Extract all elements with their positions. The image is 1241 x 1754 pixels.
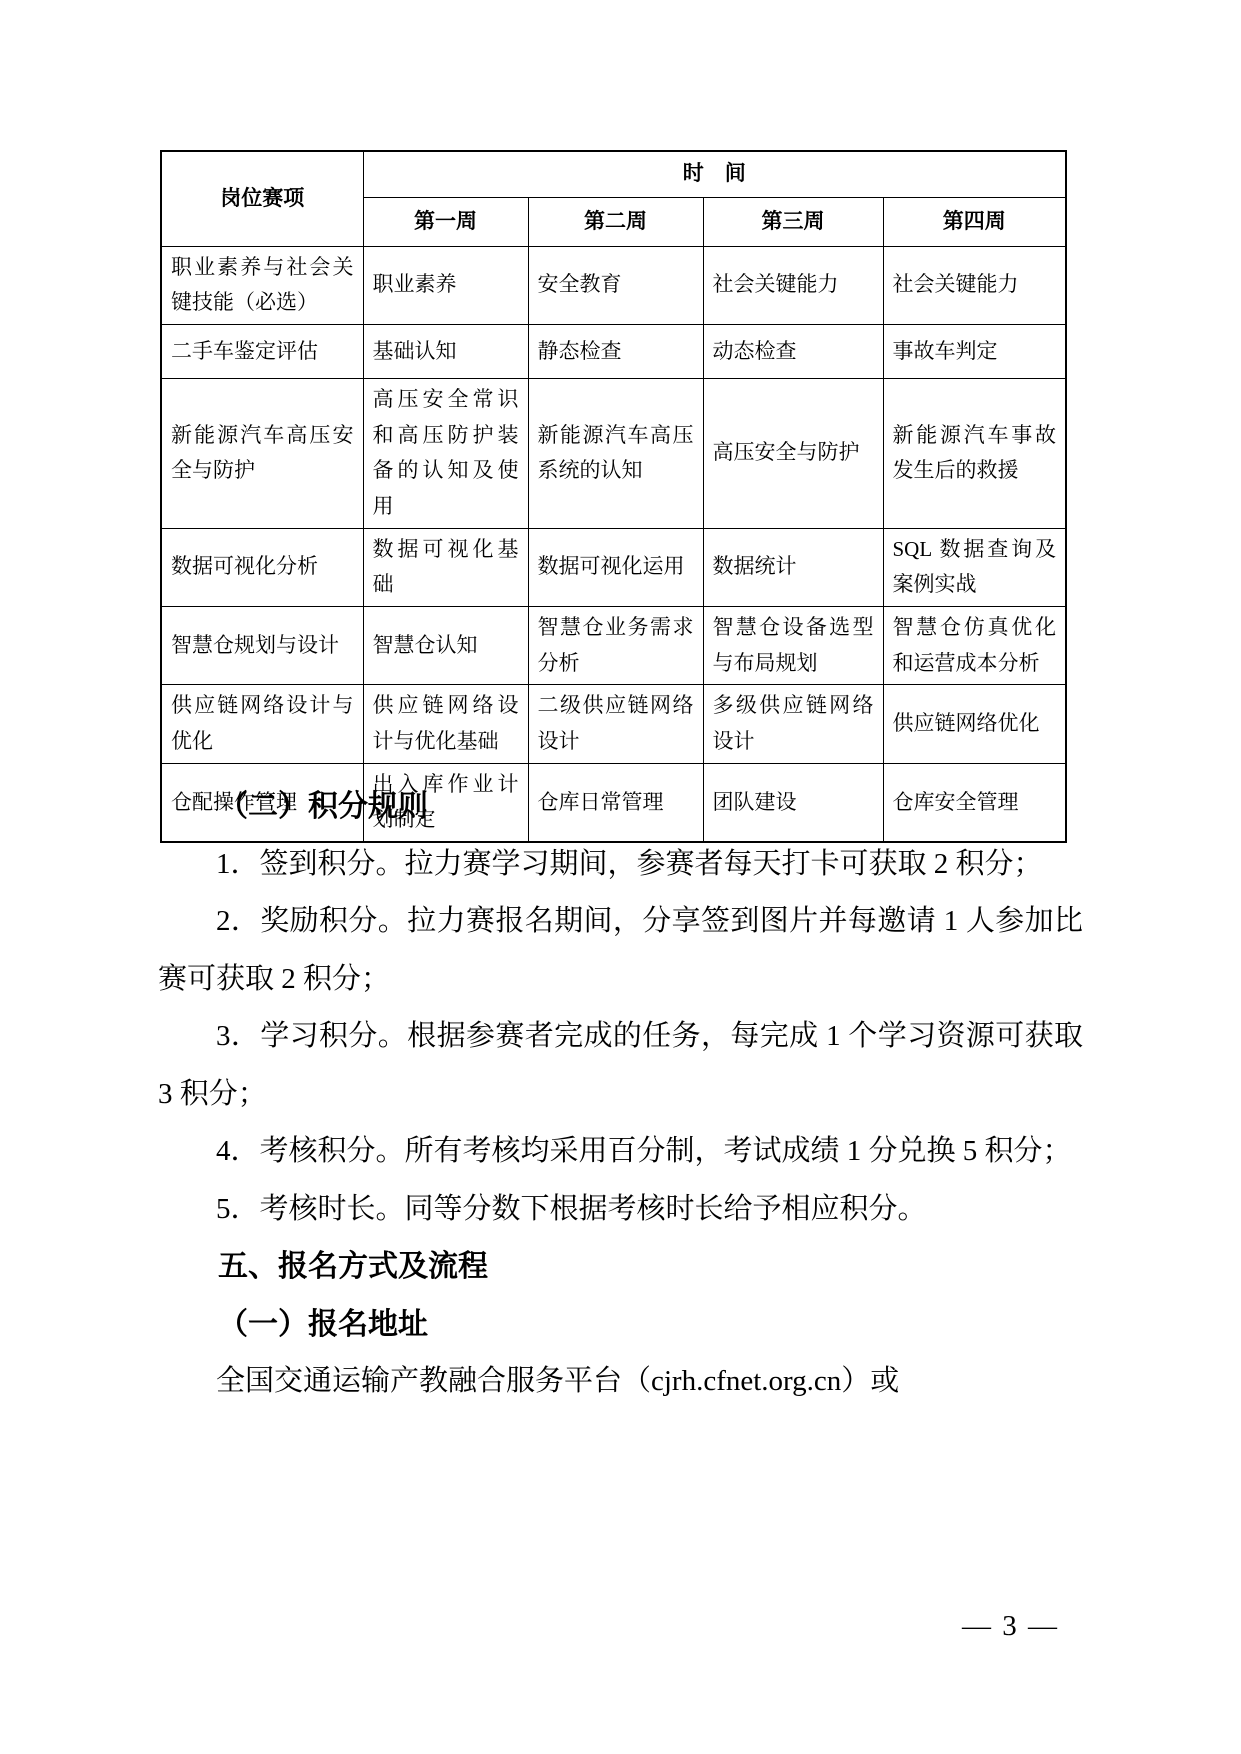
table-row: 新能源汽车高压安全与防护 高压安全常识和高压防护装备的认知及使用 新能源汽车高压… xyxy=(161,378,1066,528)
page-number: — 3 — xyxy=(962,1610,1059,1643)
row-week2-cell: 智慧仓业务需求分析 xyxy=(528,607,703,685)
table-header-row-time: 岗位赛项 时 间 xyxy=(161,151,1066,197)
row-week3-cell: 智慧仓设备选型与布局规划 xyxy=(703,607,883,685)
row-week4-cell: 事故车判定 xyxy=(883,324,1066,378)
row-item-label: 二手车鉴定评估 xyxy=(161,324,363,378)
table-row: 供应链网络设计与优化 供应链网络设计与优化基础 二级供应链网络设计 多级供应链网… xyxy=(161,685,1066,763)
document-page: 岗位赛项 时 间 第一周 第二周 第三周 第四周 职业素养与社会关键技能（必选）… xyxy=(0,0,1241,1754)
row-week1-cell: 高压安全常识和高压防护装备的认知及使用 xyxy=(363,378,528,528)
row-week3-cell: 社会关键能力 xyxy=(703,246,883,324)
row-week1-cell: 职业素养 xyxy=(363,246,528,324)
row-week3-cell: 动态检查 xyxy=(703,324,883,378)
row-week2-cell: 数据可视化运用 xyxy=(528,528,703,606)
rule-item-5: 5．考核时长。同等分数下根据考核时长给予相应积分。 xyxy=(158,1181,1083,1239)
row-week4-cell: 智慧仓仿真优化和运营成本分析 xyxy=(883,607,1066,685)
row-week4-cell: 新能源汽车事故发生后的救援 xyxy=(883,378,1066,528)
table-header-time: 时 间 xyxy=(363,151,1066,197)
row-week1-cell: 数据可视化基础 xyxy=(363,528,528,606)
table-row: 职业素养与社会关键技能（必选） 职业素养 安全教育 社会关键能力 社会关键能力 xyxy=(161,246,1066,324)
row-week3-cell: 多级供应链网络设计 xyxy=(703,685,883,763)
table-row: 二手车鉴定评估 基础认知 静态检查 动态检查 事故车判定 xyxy=(161,324,1066,378)
table-row: 数据可视化分析 数据可视化基础 数据可视化运用 数据统计 SQL 数据查询及案例… xyxy=(161,528,1066,606)
table-header-item: 岗位赛项 xyxy=(161,151,363,246)
row-week4-cell: 社会关键能力 xyxy=(883,246,1066,324)
section5-heading: 五、报名方式及流程 xyxy=(158,1238,1083,1296)
rule-item-3: 3．学习积分。根据参赛者完成的任务，每完成 1 个学习资源可获取 3 积分； xyxy=(158,1008,1083,1123)
table-row: 智慧仓规划与设计 智慧仓认知 智慧仓业务需求分析 智慧仓设备选型与布局规划 智慧… xyxy=(161,607,1066,685)
row-item-label: 新能源汽车高压安全与防护 xyxy=(161,378,363,528)
row-item-label: 职业素养与社会关键技能（必选） xyxy=(161,246,363,324)
row-item-label: 智慧仓规划与设计 xyxy=(161,607,363,685)
schedule-table: 岗位赛项 时 间 第一周 第二周 第三周 第四周 职业素养与社会关键技能（必选）… xyxy=(160,150,1067,843)
table-header-week1: 第一周 xyxy=(363,197,528,246)
row-week2-cell: 静态检查 xyxy=(528,324,703,378)
sub1-heading: （一）报名地址 xyxy=(158,1296,1083,1354)
row-item-label: 数据可视化分析 xyxy=(161,528,363,606)
rules-heading: （二）积分规则 xyxy=(158,778,1083,836)
row-week1-cell: 智慧仓认知 xyxy=(363,607,528,685)
rule-item-1: 1．签到积分。拉力赛学习期间，参赛者每天打卡可获取 2 积分； xyxy=(158,836,1083,894)
rule-item-2: 2．奖励积分。拉力赛报名期间，分享签到图片并每邀请 1 人参加比赛可获取 2 积… xyxy=(158,893,1083,1008)
row-week2-cell: 二级供应链网络设计 xyxy=(528,685,703,763)
row-item-label: 供应链网络设计与优化 xyxy=(161,685,363,763)
row-week1-cell: 基础认知 xyxy=(363,324,528,378)
table-header-week4: 第四周 xyxy=(883,197,1066,246)
row-week1-cell: 供应链网络设计与优化基础 xyxy=(363,685,528,763)
row-week2-cell: 新能源汽车高压系统的认知 xyxy=(528,378,703,528)
rule-item-4: 4．考核积分。所有考核均采用百分制，考试成绩 1 分兑换 5 积分； xyxy=(158,1123,1083,1181)
table-header-week2: 第二周 xyxy=(528,197,703,246)
registration-address-line: 全国交通运输产教融合服务平台（cjrh.cfnet.org.cn）或 xyxy=(158,1353,1083,1411)
row-week4-cell: SQL 数据查询及案例实战 xyxy=(883,528,1066,606)
row-week4-cell: 供应链网络优化 xyxy=(883,685,1066,763)
row-week3-cell: 高压安全与防护 xyxy=(703,378,883,528)
body-text: （二）积分规则 1．签到积分。拉力赛学习期间，参赛者每天打卡可获取 2 积分； … xyxy=(158,778,1083,1411)
row-week3-cell: 数据统计 xyxy=(703,528,883,606)
table-header-week3: 第三周 xyxy=(703,197,883,246)
row-week2-cell: 安全教育 xyxy=(528,246,703,324)
